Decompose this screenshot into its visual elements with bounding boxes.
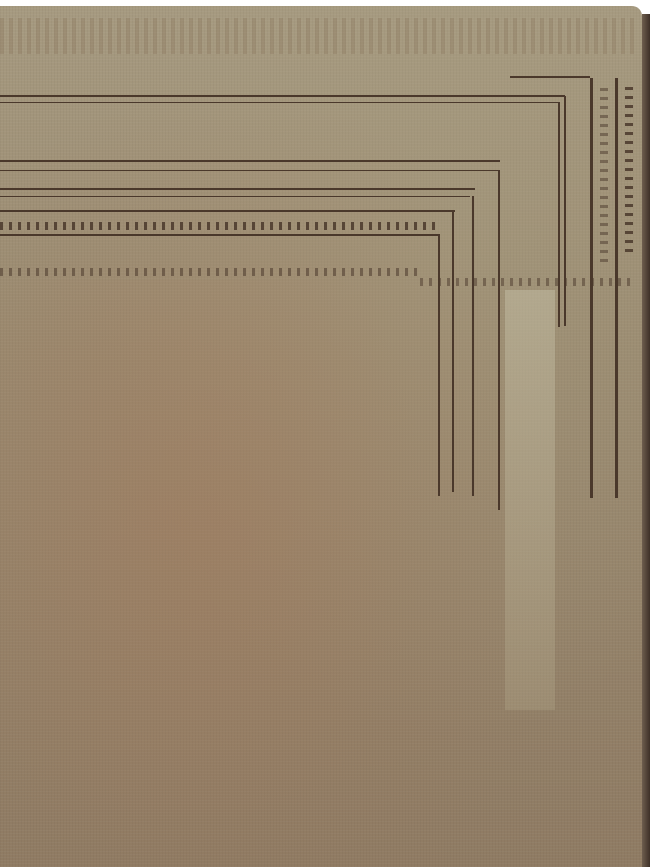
frame-line — [0, 234, 440, 236]
rug-field — [0, 280, 430, 867]
border-line — [615, 78, 618, 498]
frame-line — [472, 196, 474, 496]
border-motif-column — [625, 82, 633, 252]
border-motif-column — [600, 82, 608, 262]
frame-line — [438, 236, 440, 496]
border-line — [558, 102, 560, 327]
rug-side-edge — [642, 14, 650, 867]
frame-line — [452, 212, 454, 492]
rug-photo — [0, 0, 650, 867]
border-line — [0, 95, 565, 97]
light-border-band — [505, 290, 555, 710]
border-line — [510, 76, 590, 78]
frame-line — [0, 196, 470, 197]
border-line — [0, 102, 560, 103]
field-edge-motif-row — [0, 268, 420, 276]
frame-line — [0, 210, 455, 212]
outer-guard-band — [0, 18, 636, 54]
border-line — [590, 78, 593, 498]
field-edge-motif-row — [420, 278, 635, 286]
frame-line — [498, 170, 500, 510]
border-line — [564, 96, 566, 326]
inner-motif-row — [0, 222, 440, 230]
frame-line — [0, 170, 500, 171]
frame-line — [0, 160, 500, 162]
frame-line — [0, 188, 475, 190]
